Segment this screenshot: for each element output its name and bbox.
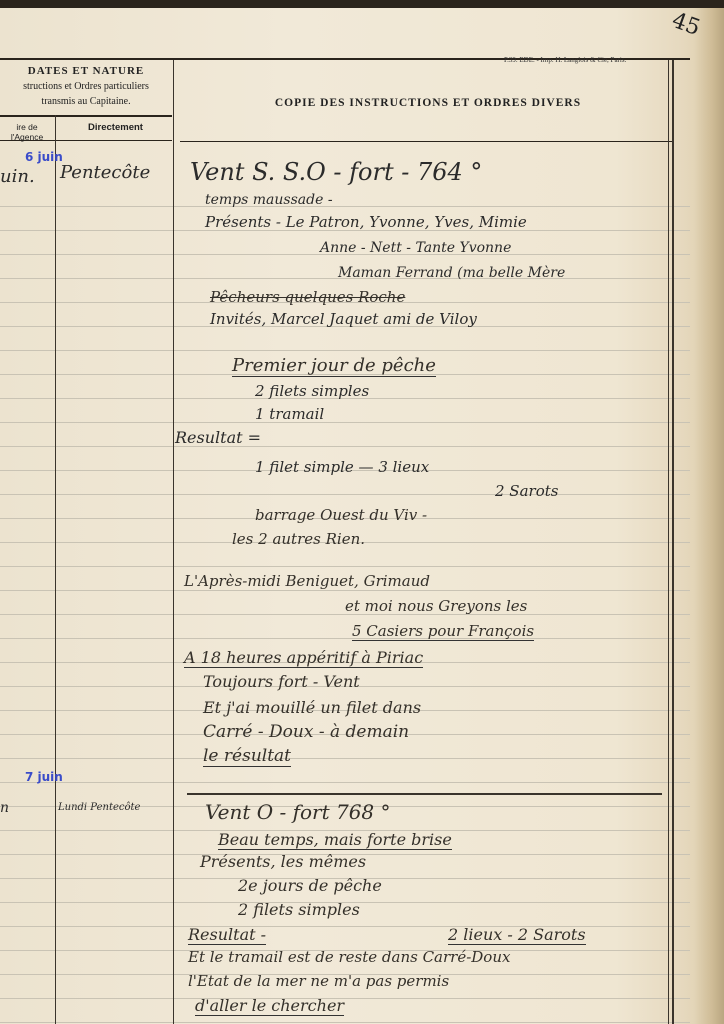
entry-line: 5 Casiers pour François [352,622,534,641]
entry-line: et moi nous Greyons les [345,597,527,615]
entry-line: Toujours fort - Vent [203,672,360,691]
entry-line: 2 lieux - 2 Sarots [448,925,586,945]
main-column-header: COPIE DES INSTRUCTIONS ET ORDRES DIVERS [178,97,678,109]
scan-top-edge [0,0,724,8]
entry-line: 1 filet simple — 3 lieux [255,458,429,476]
entry-line: les 2 autres Rien. [232,530,365,548]
entry-line: 2 Sarots [495,482,558,500]
dates-nature-heading: DATES ET NATURE [0,64,172,79]
entry-line: Vent S. S.O - fort - 764 ° [190,158,482,186]
entry-line: l'Etat de la mer ne m'a pas permis [188,972,449,990]
page-gutter-shadow [694,8,724,1024]
entry-line: Resultat = [175,428,261,447]
date-annotation: 6 juin [25,150,63,164]
printer-mark: P.39. EDE. - Imp. H. Langlois & Cie, Par… [504,56,626,64]
agence-cell: n [0,800,9,816]
agence-cell: uin. [0,166,35,187]
entry-line: barrage Ouest du Viv - [255,506,427,524]
entry-line: L'Après-midi Beniguet, Grimaud [184,572,430,590]
entry-line: temps maussade - [205,192,333,208]
direct-cell: Lundi Pentecôte [58,802,140,813]
entry-line-crossed-out: Pêcheurs quelques Roche [210,288,405,306]
directement-subheader: Directement [58,122,173,133]
right-frame-border [672,60,674,1024]
entry-line: Et j'ai mouillé un filet dans [203,698,421,717]
entry-line: Resultat - [188,925,266,945]
left-column-divider [173,60,174,1024]
entry-line: 1 tramail [255,405,324,423]
entry-line: Vent O - fort 768 ° [205,800,391,824]
entry-line: Anne - Nett - Tante Yvonne [320,240,511,256]
instructions-heading: structions et Ordres particuliers [0,79,172,94]
entry-line: Beau temps, mais forte brise [218,830,452,850]
agence-subheader: ire de l'Agence [0,122,54,142]
entry-line: 2 filets simples [255,382,369,400]
entry-line: Premier jour de pêche [232,355,436,377]
capitaine-heading: transmis au Capitaine. [0,94,172,109]
left-column-header: DATES ET NATURE structions et Ordres par… [0,64,172,109]
date-annotation: 7 juin [25,770,63,784]
entry-line: Invités, Marcel Jaquet ami de Viloy [210,310,477,328]
entry-line: Carré - Doux - à demain [203,722,409,742]
entry-line: Présents, les mêmes [200,852,366,871]
right-frame-border-inner [668,60,669,1024]
entry-line: Maman Ferrand (ma belle Mère [338,265,565,281]
entry-line: A 18 heures appéritif à Piriac [184,648,423,668]
entry-line: 2 filets simples [238,900,360,919]
entry-line: 2e jours de pêche [238,876,382,895]
direct-cell: Pentecôte [60,162,150,183]
agence-column-divider [55,115,56,1024]
left-header-rule [0,115,172,117]
entry-line: le résultat [203,746,291,767]
main-header-rule [180,141,674,142]
entry-line: Et le tramail est de reste dans Carré-Do… [188,948,510,966]
entry-line: Présents - Le Patron, Yvonne, Yves, Mimi… [205,213,527,231]
entry-separator [187,793,662,795]
entry-line: d'aller le chercher [195,996,344,1016]
